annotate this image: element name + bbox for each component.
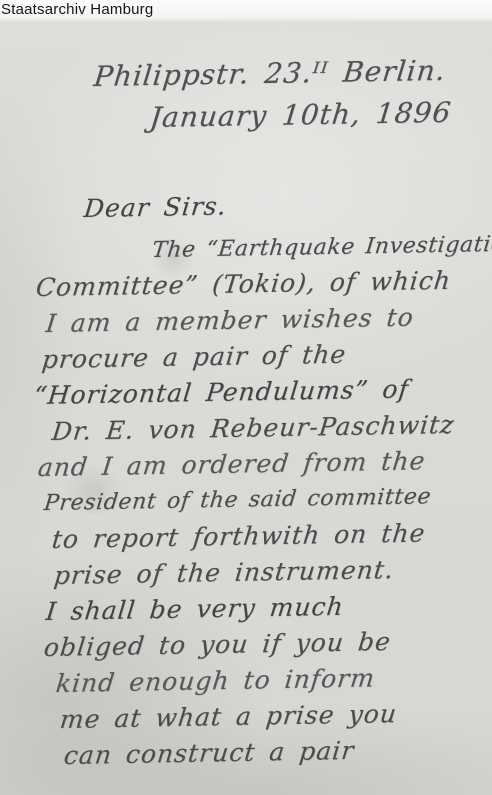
archive-label: Staatsarchiv Hamburg	[0, 0, 153, 18]
letter-body-line: I shall be very much	[44, 592, 345, 626]
letter-body-line: me at what a prise you	[58, 699, 398, 734]
letter-body-line: prise of the instrument.	[52, 555, 395, 590]
scanned-letter-page: Staatsarchiv Hamburg Philippstr. 23.ᴵᴵ B…	[0, 0, 492, 795]
letter-address-line: Philippstr. 23.ᴵᴵ Berlin.	[92, 54, 447, 93]
letter-body-line: obliged to you if you be	[42, 627, 392, 662]
archive-header-bar: Staatsarchiv Hamburg	[0, 0, 492, 21]
letter-body-line: can construct a pair	[62, 736, 355, 770]
letter-body-line: kind enough to inform	[54, 663, 376, 698]
letter-salutation: Dear Sirs.	[82, 192, 228, 223]
letter-date-line: January 10th, 1896	[148, 96, 453, 134]
letter-body-line: procure a pair of the	[40, 340, 347, 374]
